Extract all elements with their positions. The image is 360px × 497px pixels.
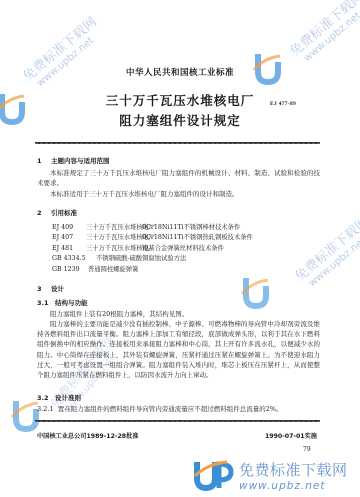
reference-item: EJ 407三十万千瓦压水堆核电厂0Cr18Ni11Ti不锈钢热轧钢板技术条件 (52, 232, 253, 241)
standard-code: EJ 477-89 (270, 101, 296, 107)
section-2-heading: 2引用标准 (37, 208, 77, 217)
watermark-mid-right: 免费标准下载网 www.upbz.net (290, 211, 360, 292)
document-title-line2: 阻力塞组件设计规定 (0, 111, 360, 129)
upbz-logo-icon (193, 458, 235, 492)
section-3-2-heading: 3.2设计准则 (37, 393, 81, 402)
section-3-1-para-2: 阻力塞棒的主要功能是减少没有插控制棒、中子源棒、可燃毒物棒的导向管中冷却剂旁流及… (37, 319, 320, 380)
section-1-para-2: 本标准适用于三十万千瓦压水堆核电厂阻力塞组件的设计和制造。 (37, 189, 320, 199)
section-1-para-1: 本标准规定了三十万千瓦压水堆核电厂阻力塞组件的机械设计、材料、制造、试验和检验的… (37, 168, 320, 188)
issuing-organization: 中华人民共和国核工业标准 (0, 66, 360, 78)
reference-item: GB 1239普通圆柱螺旋弹簧 (52, 264, 138, 273)
section-3-2-1-text: 3.2.1 置在阻力塞组件的燃料组件导向管内旁通流量应不超过燃料组件总流量的2%… (37, 404, 320, 414)
section-3-1-heading: 3.1结构与功能 (37, 298, 88, 307)
section-3-1-para-1: 阻力塞组件上装有20根阻力塞棒，其结构见图。 (37, 309, 320, 319)
section-1-heading: 1主题内容与适用范围 (37, 156, 110, 165)
footer-divider (35, 420, 320, 422)
reference-item: EJ 409三十万千瓦压水堆核电厂0Cr18Ni11Ti不锈钢棒材技术条件 (52, 222, 240, 231)
implementation-date: 1990-07-01实施 (265, 431, 317, 440)
section-3-heading: 3设计 (37, 284, 64, 293)
reference-item: EJ 481三十万千瓦压水堆核电厂镍基合金弹簧丝材料技术条件 (52, 243, 224, 252)
reference-item: GB 4334.5不锈钢硫酸-硫酸铜腐蚀试验方法 (52, 253, 186, 262)
upbz-logo-icon (238, 272, 278, 312)
watermark-top-left: 免费标准下载网 www.upbz.net (18, 11, 107, 92)
document-title-line1: 三十万千瓦压水堆核电厂 (0, 91, 360, 109)
header-divider (35, 142, 320, 144)
page-number: 79 (303, 446, 311, 453)
approval-date: 中国核工业总公司1989-12-28批准 (37, 431, 138, 440)
watermark-banner: 免费标准下载网 www.upbz.net (193, 458, 348, 492)
watermark-top-right: 免费标准下载网 www.upbz.net (285, 0, 360, 68)
